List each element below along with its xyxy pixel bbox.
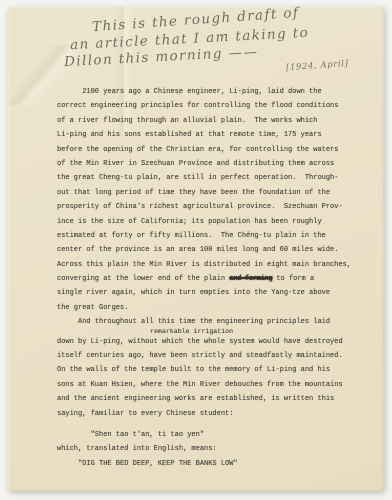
typed-line: sons at Kuan Hsien, where the Min River … — [57, 378, 367, 392]
typed-line: and the ancient engineering works are es… — [57, 392, 367, 406]
typed-line: ince is the size of California; its popu… — [57, 215, 367, 229]
typed-body: 2100 years ago a Chinese engineer, Li-pi… — [57, 85, 367, 471]
typed-line: itself centuries ago, have been strictly… — [57, 349, 367, 363]
typed-line: the great Cheng-tu plain, are still in p… — [57, 171, 367, 185]
typed-line: Li-ping and his sons established at that… — [57, 128, 367, 142]
typed-insert-line: remarkable irrigation — [57, 329, 367, 334]
typed-line: correct engineering principles for contr… — [57, 99, 367, 113]
typed-line: center of the province is an area 100 mi… — [57, 243, 367, 257]
typed-line: the great Gorges. — [57, 301, 367, 315]
typed-line: Across this plain the Min River is distr… — [57, 258, 367, 272]
typed-line: prosperity of China's richest agricultur… — [57, 200, 367, 214]
photo-background: { "page": { "background_color": "#f5f4f1… — [0, 0, 392, 500]
typed-line: of a river flowing through an alluvial p… — [57, 114, 367, 128]
annotation-date: [1924, April] — [286, 59, 349, 73]
typed-line: which, translated into English, means: — [57, 442, 367, 456]
typed-line: down by Li-ping, without which the whole… — [57, 335, 367, 349]
typed-line: estimated at forty or fifty millions. Th… — [57, 229, 367, 243]
typed-line: before the opening of the Christian era,… — [57, 143, 367, 157]
typed-line: On the walls of the temple built to the … — [57, 363, 367, 377]
typed-line: saying, familiar to every Chinese studen… — [57, 407, 367, 421]
manuscript-page: This is the rough draft of an article th… — [8, 7, 384, 491]
typed-line: converging at the lower end of the plain… — [57, 272, 367, 286]
typed-line: 2100 years ago a Chinese engineer, Li-pi… — [57, 85, 367, 99]
typed-line: of the Min River in Szechuan Province an… — [57, 157, 367, 171]
struck-out-text: and forming — [229, 275, 272, 283]
typed-line: "Shen tao t'an, ti tao yen" — [57, 428, 367, 442]
typed-line: "DIG THE BED DEEP, KEEP THE BANKS LOW" — [57, 457, 367, 471]
typed-line: single river again, which in turn emptie… — [57, 286, 367, 300]
typed-line: out that long period of time they have b… — [57, 186, 367, 200]
